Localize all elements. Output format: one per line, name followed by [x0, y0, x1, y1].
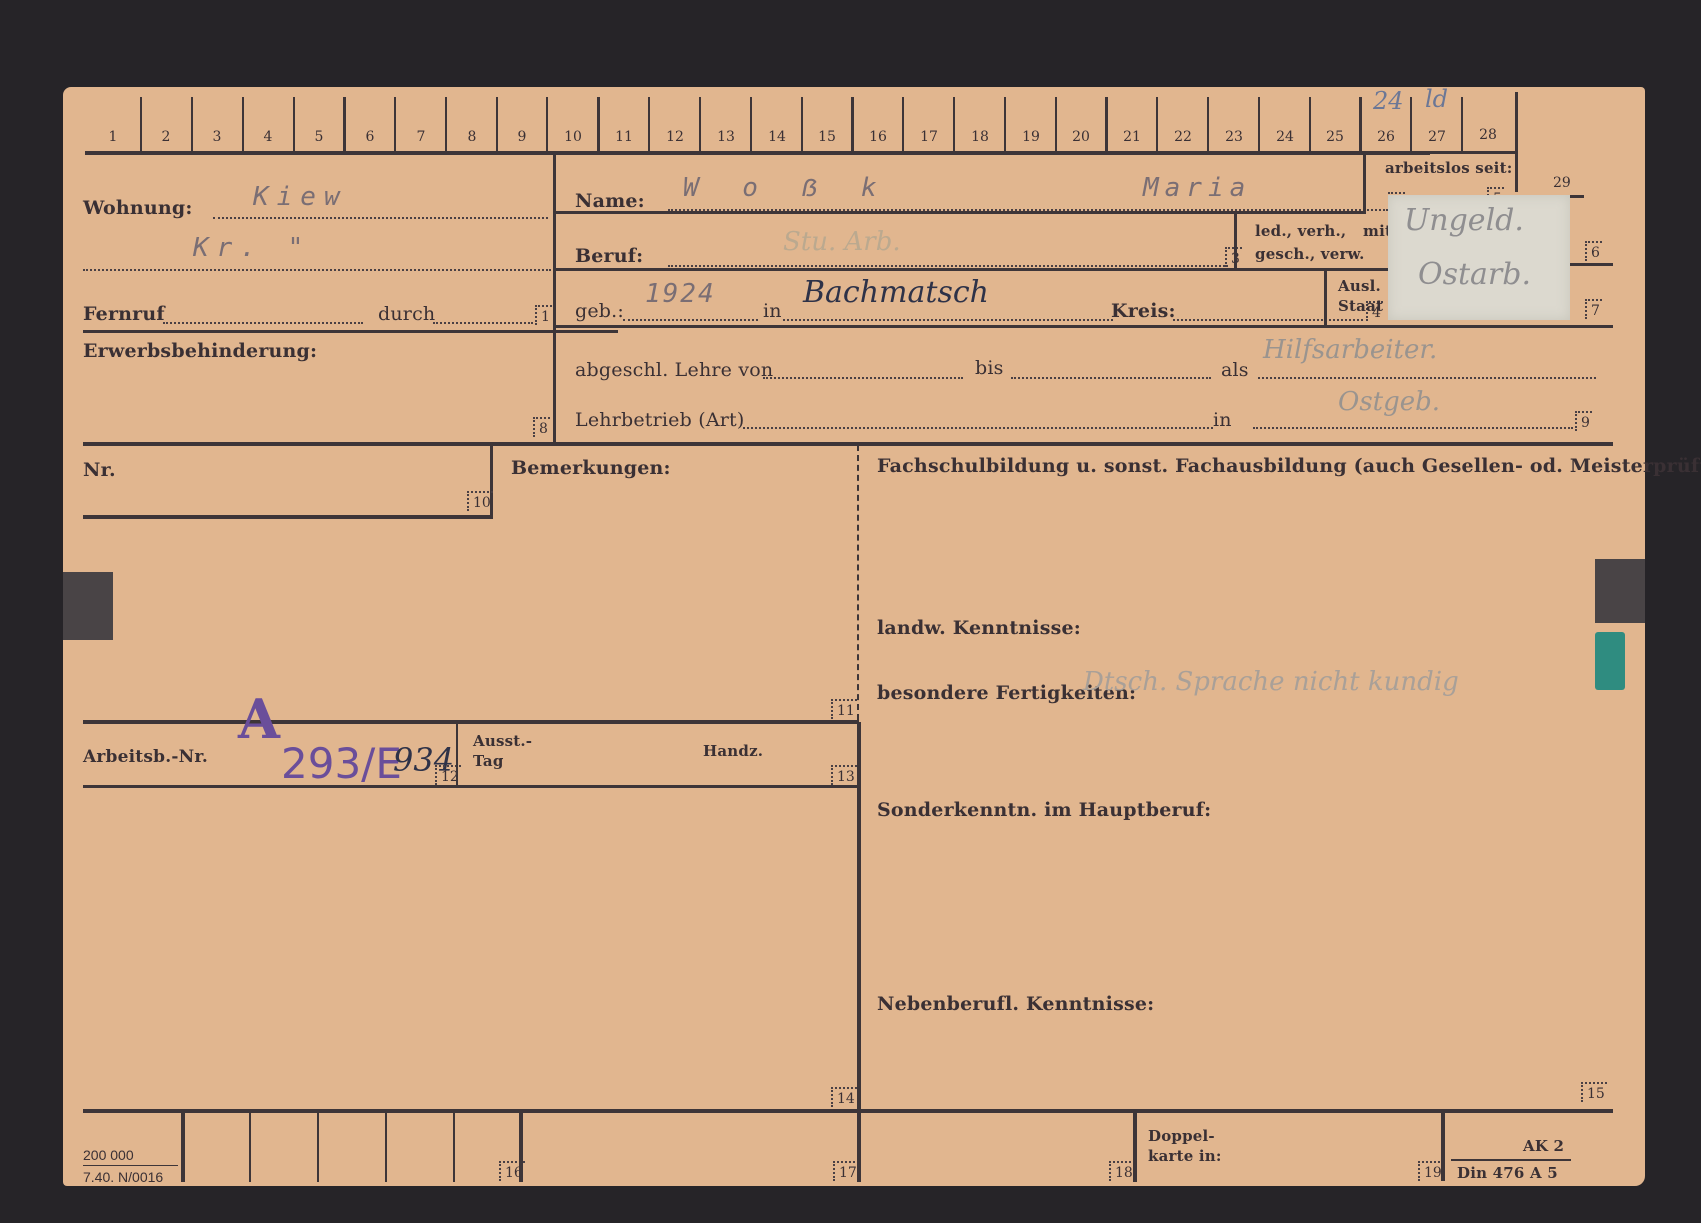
- durch-label: durch: [378, 303, 435, 325]
- field-number-19: 19: [1418, 1161, 1444, 1181]
- ruler-col-23: 23: [1214, 129, 1254, 145]
- print-run: 200 000: [83, 1147, 134, 1163]
- ruler-col-27: 27: [1417, 129, 1457, 145]
- ruler-col-24: 24: [1265, 129, 1305, 145]
- handz-label: Handz.: [703, 742, 763, 760]
- ruler-col-3: 3: [197, 129, 237, 145]
- ruler-col-17: 17: [909, 129, 949, 145]
- kreis-label: Kreis:: [1111, 300, 1176, 322]
- ausst-label-line2: Tag: [473, 752, 504, 770]
- ruler-col-4: 4: [248, 129, 288, 145]
- als-input[interactable]: Hilfsarbeiter.: [1263, 335, 1437, 365]
- landw-label: landw. Kenntnisse:: [877, 617, 1081, 639]
- ruler-col-5: 5: [299, 129, 339, 145]
- form-id: AK 2: [1523, 1137, 1564, 1155]
- bemerkungen-label: Bemerkungen:: [511, 457, 671, 479]
- doppelkarte-label-line2: karte in:: [1148, 1147, 1222, 1165]
- field-number-10: 10: [467, 491, 493, 511]
- left-index-tab: [63, 572, 113, 640]
- lehrbetrieb-label: Lehrbetrieb (Art): [575, 409, 745, 431]
- ausst-label-line1: Ausst.-: [473, 732, 532, 750]
- field-number-9: 9: [1575, 411, 1592, 431]
- field-number-13: 13: [831, 765, 857, 785]
- ruler-col-2: 2: [146, 129, 186, 145]
- ruler-col-13: 13: [706, 129, 746, 145]
- durch-input[interactable]: [433, 322, 533, 324]
- kreis-input[interactable]: [1173, 319, 1363, 321]
- field-number-8: 8: [533, 417, 550, 437]
- ausl-label-line1: Ausl.: [1338, 277, 1381, 295]
- arbeitslos-label: arbeitslos seit:: [1385, 159, 1512, 177]
- lehre-von-input[interactable]: [763, 377, 963, 379]
- ruler-col-9: 9: [502, 129, 542, 145]
- geb-label: geb.:: [575, 300, 624, 322]
- als-line: [1258, 377, 1596, 379]
- sonder-label: Sonderkenntn. im Hauptberuf:: [877, 799, 1211, 821]
- als-label: als: [1221, 359, 1249, 381]
- print-code: 7.40. N/0016: [83, 1169, 163, 1185]
- bis-label: bis: [975, 357, 1004, 379]
- lehrbetrieb-input[interactable]: [743, 427, 1213, 429]
- birthplace-input[interactable]: Bachmatsch: [803, 275, 989, 310]
- field-number-18: 18: [1109, 1161, 1135, 1181]
- als-input-line2[interactable]: Ostgeb.: [1338, 387, 1440, 417]
- beruf-label: Beruf:: [575, 245, 643, 267]
- nebenberuf-label: Nebenberufl. Kenntnisse:: [877, 993, 1154, 1015]
- ruler-col-20: 20: [1061, 129, 1101, 145]
- stamp-letter: A: [238, 687, 280, 751]
- beruf-input[interactable]: Stu. Arb.: [783, 227, 901, 257]
- birth-year-input[interactable]: 1924: [645, 279, 716, 309]
- field-number-6: 6: [1585, 241, 1602, 261]
- nr-label: Nr.: [83, 459, 116, 481]
- ruler-col-29: 29: [1553, 175, 1571, 191]
- in-label: in: [763, 300, 782, 322]
- ruler-col-6: 6: [350, 129, 390, 145]
- wohnung-label: Wohnung:: [83, 197, 193, 219]
- ruler-col-7: 7: [401, 129, 441, 145]
- marital-status-line2[interactable]: gesch., verw.: [1255, 245, 1365, 263]
- fernruf-label: Fernruf: [83, 303, 165, 325]
- tape-text-line1: Ungeld.: [1404, 203, 1524, 238]
- birthplace-line: [783, 319, 1113, 321]
- teal-marker: [1595, 632, 1625, 690]
- lehre-label: abgeschl. Lehre von: [575, 359, 773, 381]
- handwritten-mark-ld: ld: [1425, 85, 1448, 113]
- field-number-1: 1: [535, 305, 552, 325]
- beruf-line: [668, 265, 1228, 267]
- surname-input[interactable]: W o ẞ k: [683, 173, 891, 204]
- lehrbetrieb-in-label: in: [1213, 409, 1232, 431]
- name-label: Name:: [575, 190, 645, 212]
- lehre-bis-input[interactable]: [1011, 377, 1211, 379]
- field-number-7: 7: [1585, 299, 1602, 319]
- kreis-input[interactable]: Kr. ": [193, 233, 311, 263]
- arbeitsb-label: Arbeitsb.-Nr.: [83, 747, 208, 767]
- ruler-col-8: 8: [452, 129, 492, 145]
- geb-line: [623, 319, 758, 321]
- arbeitsbuch-entries-area[interactable]: [88, 792, 848, 1102]
- taped-label: Ungeld. Ostarb.: [1388, 195, 1570, 320]
- firstname-input[interactable]: Maria: [1143, 173, 1251, 203]
- lehrbetrieb-in-input[interactable]: [1253, 427, 1573, 429]
- din-number: Din 476 A 5: [1457, 1164, 1558, 1182]
- ruler-col-19: 19: [1011, 129, 1051, 145]
- field-number-15: 15: [1581, 1082, 1607, 1102]
- wohnung-line: [213, 217, 548, 219]
- ruler-col-28: 28: [1468, 127, 1508, 143]
- ruler-col-12: 12: [655, 129, 695, 145]
- fachschul-label: Fachschulbildung u. sonst. Fachausbildun…: [877, 455, 1701, 477]
- marital-status-line1[interactable]: led., verh.,: [1255, 222, 1346, 240]
- stamp-number: 293/E: [281, 739, 402, 788]
- ruler-col-10: 10: [553, 129, 593, 145]
- ruler-col-16: 16: [858, 129, 898, 145]
- field-number-17: 17: [833, 1161, 859, 1181]
- ruler-col-11: 11: [604, 129, 644, 145]
- registration-card: 1 2 3 4 5 6 7 8 9 10 11 12 13 14 15 16 1…: [63, 87, 1645, 1186]
- ruler-col-18: 18: [960, 129, 1000, 145]
- ruler-col-14: 14: [757, 129, 797, 145]
- erwerbsbehinderung-label: Erwerbsbehinderung:: [83, 340, 317, 362]
- handwritten-mark-24: 24: [1373, 87, 1404, 115]
- ruler-col-26: 26: [1366, 129, 1406, 145]
- besondere-input[interactable]: Dtsch. Sprache nicht kundig: [1083, 667, 1459, 697]
- ruler-col-15: 15: [807, 129, 847, 145]
- bemerkungen-area[interactable]: [513, 487, 848, 707]
- ruler-col-25: 25: [1315, 129, 1355, 145]
- wohnung-line-2: [83, 269, 551, 271]
- wohnung-input[interactable]: Kiew: [253, 182, 348, 212]
- ruler-col-1: 1: [93, 129, 133, 145]
- fernruf-input[interactable]: [163, 322, 363, 324]
- doppelkarte-label-line1: Doppel-: [1148, 1127, 1215, 1145]
- tape-text-line2: Ostarb.: [1418, 257, 1531, 292]
- right-index-tab: [1595, 559, 1645, 623]
- bemerkungen-divider: [857, 445, 859, 720]
- ausl-label-line2: Staat: [1338, 297, 1383, 315]
- ruler-col-21: 21: [1112, 129, 1152, 145]
- ruler-col-22: 22: [1163, 129, 1203, 145]
